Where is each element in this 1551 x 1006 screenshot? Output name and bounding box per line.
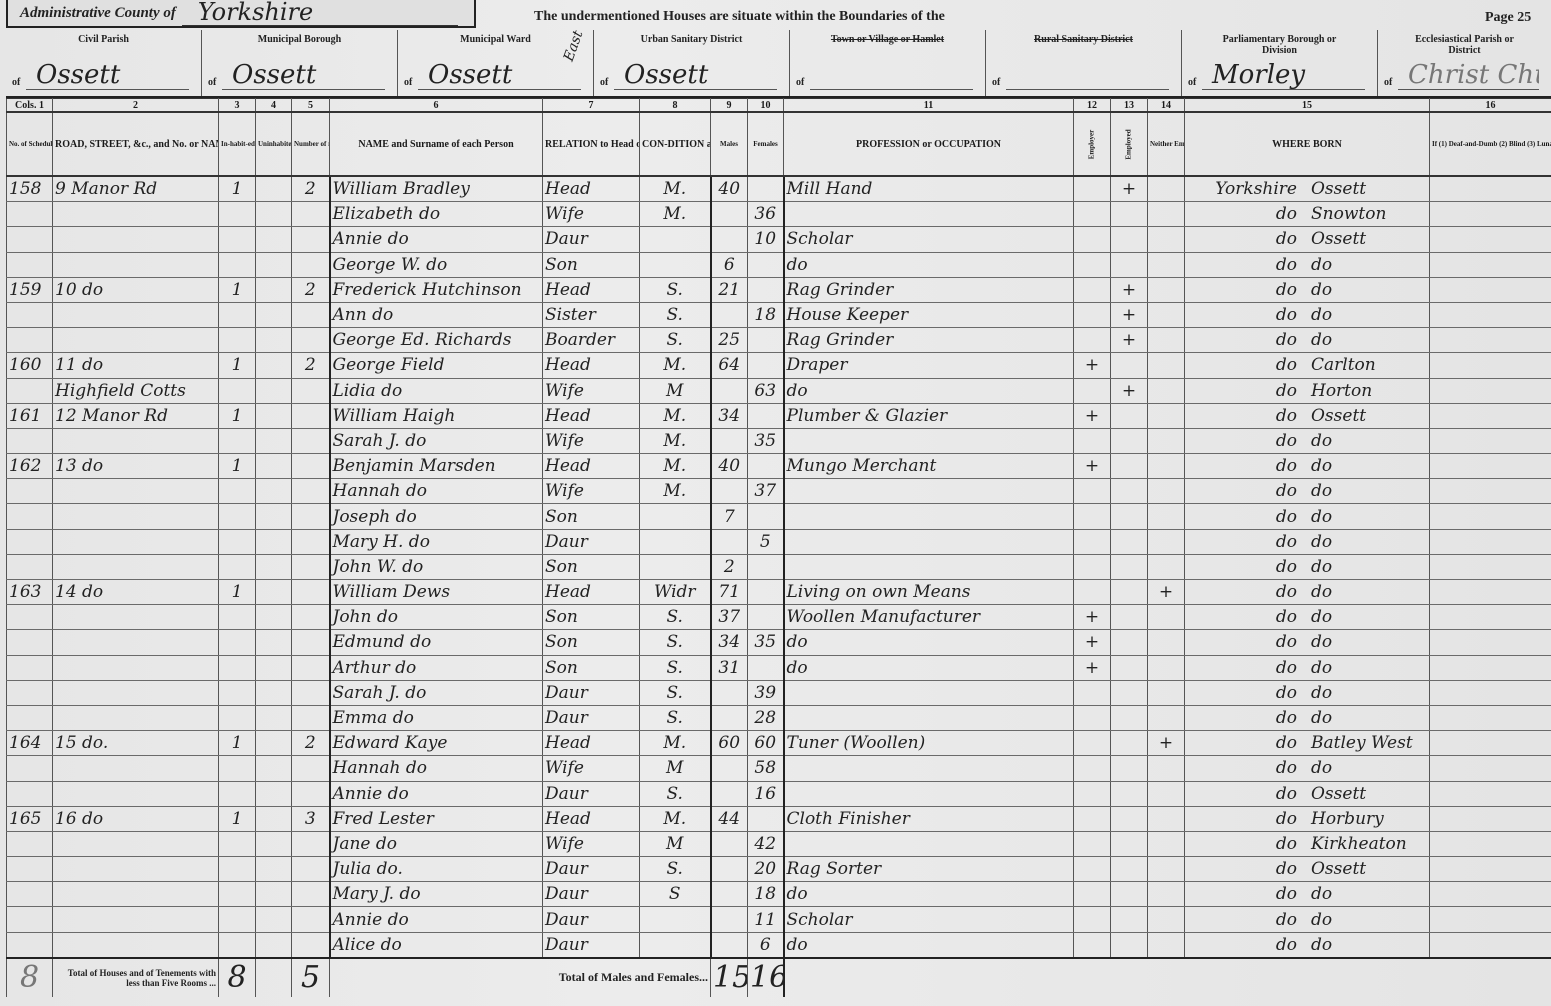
occupation (784, 529, 1074, 554)
born-county: do (1187, 228, 1311, 250)
occupation: Plumber & Glazier (784, 403, 1074, 428)
occupation: do (784, 655, 1074, 680)
persons-total-label: Total of Males and Females... (330, 958, 711, 997)
person-name: William Bradley (330, 176, 543, 202)
female-age: 18 (748, 882, 784, 907)
person-name: George Ed. Richards (330, 328, 543, 353)
table-row: Emma doDaurS.28dodo (7, 705, 1551, 730)
col-number: 8 (640, 99, 711, 113)
schedule-total: 8 (7, 958, 53, 997)
marital-condition (640, 932, 711, 958)
rooms-count (292, 882, 330, 907)
rooms-count (292, 378, 330, 403)
female-age: 5 (748, 529, 784, 554)
marital-condition: S (640, 882, 711, 907)
inhabited-count (219, 529, 256, 554)
neither-mark (1148, 353, 1185, 378)
born-place: do (1311, 683, 1332, 703)
relation-to-head: Daur (543, 907, 640, 932)
male-age (711, 680, 748, 705)
female-age: 60 (748, 731, 784, 756)
relation-to-head: Son (543, 554, 640, 579)
road-address: 9 Manor Rd (53, 176, 219, 202)
born-place: Horbury (1311, 809, 1384, 829)
rooms-count (292, 580, 330, 605)
male-age: 31 (711, 655, 748, 680)
county-value: Yorkshire (182, 0, 458, 26)
header-name: NAME and Surname of each Person (330, 112, 543, 176)
neither-mark (1148, 328, 1185, 353)
neither-mark (1148, 504, 1185, 529)
neither-mark (1148, 882, 1185, 907)
rooms-count: 3 (292, 806, 330, 831)
inhabited-count (219, 378, 256, 403)
rooms-count (292, 529, 330, 554)
uninhabited-cell (256, 630, 292, 655)
infirmity-cell (1430, 328, 1551, 353)
header-employed: Employed (1111, 112, 1148, 176)
table-row: 1589 Manor Rd12William BradleyHeadM.40Mi… (7, 176, 1551, 202)
district-value: Ossett (418, 61, 581, 90)
employer-mark (1074, 479, 1111, 504)
infirmity-cell (1430, 504, 1551, 529)
employer-mark (1074, 731, 1111, 756)
person-name: Hannah do (330, 756, 543, 781)
rooms-count (292, 554, 330, 579)
infirmity-cell (1430, 176, 1551, 202)
table-row: Arthur doSonS.31do+dodo (7, 655, 1551, 680)
born-county: do (1187, 506, 1311, 528)
col-number: 9 (711, 99, 748, 113)
inhabited-count (219, 227, 256, 252)
occupation: Living on own Means (784, 580, 1074, 605)
female-age (748, 176, 784, 202)
occupation (784, 504, 1074, 529)
infirmity-cell (1430, 630, 1551, 655)
table-row: John W. doSon2dodo (7, 554, 1551, 579)
relation-to-head: Daur (543, 882, 640, 907)
header-neither: Neither Employer nor Employed (1148, 112, 1185, 176)
neither-mark (1148, 605, 1185, 630)
employer-mark: + (1074, 403, 1111, 428)
marital-condition (640, 907, 711, 932)
employer-mark (1074, 907, 1111, 932)
relation-to-head: Wife (543, 756, 640, 781)
employed-mark (1111, 857, 1148, 882)
where-born: dodo (1185, 302, 1430, 327)
infirmity-cell (1430, 277, 1551, 302)
where-born: dodo (1185, 277, 1430, 302)
table-row: Joseph doSon7dodo (7, 504, 1551, 529)
born-place: Ossett (1311, 784, 1366, 804)
neither-mark (1148, 932, 1185, 958)
born-place: do (1311, 481, 1332, 501)
employed-mark (1111, 504, 1148, 529)
district-of: of (600, 77, 608, 88)
totals-blank (784, 958, 1551, 997)
uninhabited-cell (256, 554, 292, 579)
inhabited-count (219, 504, 256, 529)
occupation: Rag Sorter (784, 857, 1074, 882)
born-place: do (1311, 607, 1332, 627)
born-county: do (1187, 732, 1311, 754)
infirmity-cell (1430, 479, 1551, 504)
district-value: Ossett (614, 61, 777, 90)
relation-to-head: Son (543, 630, 640, 655)
person-name: Mary H. do (330, 529, 543, 554)
uninhabited-cell (256, 176, 292, 202)
header-where-born: WHERE BORN (1185, 112, 1430, 176)
employed-mark (1111, 831, 1148, 856)
road-address (53, 227, 219, 252)
born-county: do (1187, 757, 1311, 779)
where-born: dodo (1185, 554, 1430, 579)
born-county: do (1187, 606, 1311, 628)
born-county: do (1187, 480, 1311, 502)
infirmity-cell (1430, 353, 1551, 378)
born-county: Yorkshire (1187, 178, 1311, 200)
district-of: of (208, 77, 216, 88)
female-age: 28 (748, 705, 784, 730)
male-age: 6 (711, 252, 748, 277)
relation-to-head: Son (543, 504, 640, 529)
schedule-number (7, 328, 53, 353)
person-name: Sarah J. do (330, 680, 543, 705)
person-name: Annie do (330, 227, 543, 252)
female-age: 63 (748, 378, 784, 403)
schedule-number (7, 252, 53, 277)
person-name: William Dews (330, 580, 543, 605)
table-row: Edmund doSonS.3435do+dodo (7, 630, 1551, 655)
uninhabited-cell (256, 504, 292, 529)
district-value: Ossett (26, 61, 189, 90)
census-page: Administrative County of Yorkshire The u… (0, 0, 1551, 1006)
infirmity-cell (1430, 580, 1551, 605)
col-number: 12 (1074, 99, 1111, 113)
female-age (748, 655, 784, 680)
relation-to-head: Head (543, 580, 640, 605)
occupation (784, 554, 1074, 579)
rooms-count (292, 428, 330, 453)
table-row: Annie doDaurS.16doOssett (7, 781, 1551, 806)
inhabited-count: 1 (219, 806, 256, 831)
occupation (784, 479, 1074, 504)
relation-to-head: Wife (543, 202, 640, 227)
inhabited-count (219, 907, 256, 932)
occupation: Rag Grinder (784, 277, 1074, 302)
born-place: Kirkheaton (1311, 834, 1407, 854)
uninhabited-cell (256, 454, 292, 479)
uninhabited-cell (256, 252, 292, 277)
district-of: of (1384, 77, 1392, 88)
employed-mark (1111, 756, 1148, 781)
uninhabited-cell (256, 806, 292, 831)
table-row: 15910 do12Frederick HutchinsonHeadS.21Ra… (7, 277, 1551, 302)
employer-mark (1074, 781, 1111, 806)
district-of: of (992, 77, 1000, 88)
neither-mark (1148, 781, 1185, 806)
road-address (53, 202, 219, 227)
inhabited-count (219, 479, 256, 504)
rooms-count (292, 202, 330, 227)
road-address (53, 328, 219, 353)
uninhabited-cell (256, 731, 292, 756)
occupation: Rag Grinder (784, 328, 1074, 353)
born-place: do (1311, 708, 1332, 728)
marital-condition: M (640, 831, 711, 856)
occupation: Draper (784, 353, 1074, 378)
road-address: 13 do (53, 454, 219, 479)
road-address: 16 do (53, 806, 219, 831)
female-age: 39 (748, 680, 784, 705)
infirmity-cell (1430, 605, 1551, 630)
infirmity-cell (1430, 731, 1551, 756)
marital-condition: S. (640, 705, 711, 730)
marital-condition (640, 227, 711, 252)
where-born: doOssett (1185, 403, 1430, 428)
district-ecclesiastical: Ecclesiastical Parish or District of Chr… (1378, 30, 1551, 96)
col-number: 15 (1185, 99, 1430, 113)
road-address (53, 605, 219, 630)
employed-mark (1111, 806, 1148, 831)
employer-mark: + (1074, 454, 1111, 479)
marital-condition: M. (640, 454, 711, 479)
relation-to-head: Daur (543, 227, 640, 252)
table-row: 16415 do.12Edward KayeHeadM.6060Tuner (W… (7, 731, 1551, 756)
road-address: 10 do (53, 277, 219, 302)
table-row: 16213 do1Benjamin MarsdenHeadM.40Mungo M… (7, 454, 1551, 479)
born-county: do (1187, 455, 1311, 477)
occupation (784, 756, 1074, 781)
born-county: do (1187, 430, 1311, 452)
uninhabited-cell (256, 202, 292, 227)
male-age (711, 529, 748, 554)
district-label: Town or Village or Hamlet (790, 34, 985, 45)
road-address (53, 252, 219, 277)
uninhabited-cell (256, 529, 292, 554)
born-place: do (1311, 255, 1332, 275)
marital-condition: S. (640, 857, 711, 882)
schedule-number (7, 857, 53, 882)
road-address (53, 655, 219, 680)
born-county: do (1187, 329, 1311, 351)
infirmity-cell (1430, 428, 1551, 453)
uninhabited-cell (256, 328, 292, 353)
header-relation: RELATION to Head of Family (543, 112, 640, 176)
district-civil-parish: Civil Parish of Ossett (6, 30, 202, 96)
uninhabited-cell (256, 277, 292, 302)
marital-condition: S. (640, 781, 711, 806)
road-address: 15 do. (53, 731, 219, 756)
marital-condition: M. (640, 479, 711, 504)
employed-mark (1111, 454, 1148, 479)
rooms-count (292, 932, 330, 958)
occupation (784, 202, 1074, 227)
male-age (711, 705, 748, 730)
table-row: Sarah J. doDaurS.39dodo (7, 680, 1551, 705)
table-row: Jane doWifeM42doKirkheaton (7, 831, 1551, 856)
header-employer-text: Employer (1087, 130, 1098, 160)
schedule-number (7, 756, 53, 781)
houses-total: 8 (219, 958, 256, 997)
road-address (53, 630, 219, 655)
inhabited-count: 1 (219, 731, 256, 756)
schedule-number: 163 (7, 580, 53, 605)
employed-mark: + (1111, 277, 1148, 302)
female-age (748, 504, 784, 529)
employer-mark (1074, 176, 1111, 202)
males-total: 15 (711, 958, 748, 997)
male-age (711, 479, 748, 504)
marital-condition: Widr (640, 580, 711, 605)
where-born: dodo (1185, 529, 1430, 554)
occupation: House Keeper (784, 302, 1074, 327)
header-infirmity: If (1) Deaf-and-Dumb (2) Blind (3) Lunat… (1430, 112, 1551, 176)
male-age (711, 932, 748, 958)
born-county: do (1187, 707, 1311, 729)
schedule-number: 159 (7, 277, 53, 302)
where-born: dodo (1185, 605, 1430, 630)
uninhabited-cell (256, 605, 292, 630)
person-name: George W. do (330, 252, 543, 277)
born-place: do (1311, 330, 1332, 350)
person-name: Alice do (330, 932, 543, 958)
houses-total-label: Total of Houses and of Tenements with le… (53, 958, 219, 997)
employer-mark (1074, 705, 1111, 730)
infirmity-cell (1430, 680, 1551, 705)
inhabited-count (219, 831, 256, 856)
male-age (711, 882, 748, 907)
born-place: do (1311, 557, 1332, 577)
relation-to-head: Head (543, 454, 640, 479)
administrative-county-box: Administrative County of Yorkshire (6, 0, 476, 28)
uninhabited-cell (256, 479, 292, 504)
male-age: 7 (711, 504, 748, 529)
marital-condition (640, 252, 711, 277)
employed-mark (1111, 580, 1148, 605)
uninhabited-cell (256, 932, 292, 958)
header-females: Females (748, 112, 784, 176)
person-name: Ann do (330, 302, 543, 327)
rooms-count: 2 (292, 353, 330, 378)
infirmity-cell (1430, 907, 1551, 932)
male-age: 25 (711, 328, 748, 353)
born-place: Ossett (1311, 406, 1366, 426)
neither-mark (1148, 227, 1185, 252)
relation-to-head: Head (543, 806, 640, 831)
marital-condition: M. (640, 202, 711, 227)
male-age (711, 756, 748, 781)
schedule-number (7, 655, 53, 680)
table-row: Julia do.DaurS.20Rag SorterdoOssett (7, 857, 1551, 882)
district-label: Rural Sanitary District (986, 34, 1181, 45)
male-age (711, 302, 748, 327)
road-address (53, 907, 219, 932)
inhabited-count: 1 (219, 580, 256, 605)
relation-to-head: Wife (543, 831, 640, 856)
road-address (53, 302, 219, 327)
male-age (711, 781, 748, 806)
rooms-total: 5 (292, 958, 330, 997)
person-name: Edward Kaye (330, 731, 543, 756)
where-born: dodo (1185, 907, 1430, 932)
employer-mark (1074, 328, 1111, 353)
rooms-count (292, 680, 330, 705)
schedule-number (7, 781, 53, 806)
born-place: do (1311, 758, 1332, 778)
person-name: Edmund do (330, 630, 543, 655)
inhabited-count: 1 (219, 176, 256, 202)
rooms-count (292, 454, 330, 479)
rooms-count (292, 907, 330, 932)
person-name: Annie do (330, 907, 543, 932)
born-county: do (1187, 354, 1311, 376)
occupation (784, 680, 1074, 705)
infirmity-cell (1430, 252, 1551, 277)
person-name: William Haigh (330, 403, 543, 428)
marital-condition: S. (640, 302, 711, 327)
district-value: Morley (1202, 61, 1365, 90)
infirmity-cell (1430, 403, 1551, 428)
where-born: dodo (1185, 756, 1430, 781)
inhabited-count (219, 680, 256, 705)
header-rooms: Number of rooms occupied if less than fi… (292, 112, 330, 176)
where-born: doOssett (1185, 857, 1430, 882)
born-county: do (1187, 380, 1311, 402)
female-age (748, 605, 784, 630)
road-address (53, 857, 219, 882)
header-schedule: No. of Schedule (7, 112, 53, 176)
uninhabited-cell (256, 428, 292, 453)
county-label: Administrative County of (20, 5, 176, 26)
census-rows: 1589 Manor Rd12William BradleyHeadM.40Mi… (7, 176, 1551, 958)
marital-condition: M (640, 756, 711, 781)
male-age: 60 (711, 731, 748, 756)
road-address: Highfield Cotts (53, 378, 219, 403)
district-value (810, 89, 973, 90)
male-age: 40 (711, 454, 748, 479)
header-employer: Employer (1074, 112, 1111, 176)
neither-mark (1148, 302, 1185, 327)
rooms-count (292, 328, 330, 353)
infirmity-cell (1430, 227, 1551, 252)
district-urban-sanitary: Urban Sanitary District of Ossett (594, 30, 790, 96)
born-county: do (1187, 883, 1311, 905)
employed-mark (1111, 252, 1148, 277)
where-born: doSnowton (1185, 202, 1430, 227)
born-county: do (1187, 203, 1311, 225)
employed-mark (1111, 605, 1148, 630)
uninhabited-cell (256, 655, 292, 680)
neither-mark (1148, 806, 1185, 831)
person-name: Arthur do (330, 655, 543, 680)
relation-to-head: Daur (543, 932, 640, 958)
neither-mark (1148, 403, 1185, 428)
employed-mark (1111, 529, 1148, 554)
employed-mark (1111, 882, 1148, 907)
district-value (1006, 89, 1169, 90)
uninhabited-total (256, 958, 292, 997)
table-row: Hannah doWifeM58dodo (7, 756, 1551, 781)
uninhabited-cell (256, 705, 292, 730)
schedule-number: 164 (7, 731, 53, 756)
road-address: 14 do (53, 580, 219, 605)
born-county: do (1187, 833, 1311, 855)
employed-mark: + (1111, 302, 1148, 327)
female-age (748, 454, 784, 479)
neither-mark (1148, 454, 1185, 479)
marital-condition: S. (640, 630, 711, 655)
